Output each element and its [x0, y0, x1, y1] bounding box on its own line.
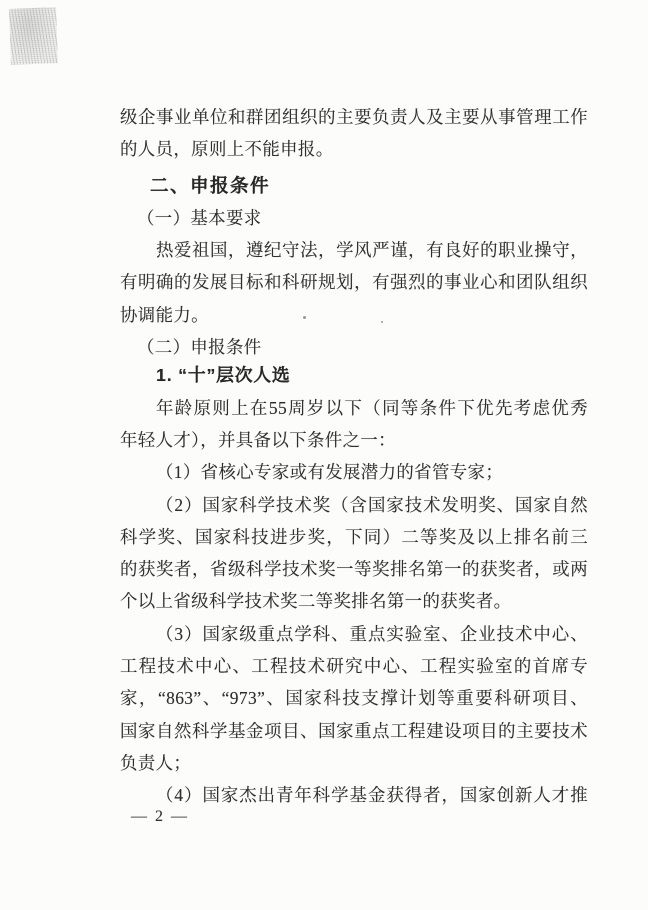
text-line: 协调能力。	[120, 299, 588, 331]
text-line: 有明确的发展目标和科研规划，有强烈的事业心和团队组织	[120, 266, 588, 298]
list-item: （1）省核心专家或有发展潜力的省管专家；	[120, 456, 588, 488]
text-line: 年龄原则上在55周岁以下（同等条件下优先考虑优秀	[120, 392, 588, 424]
document-body: 级企事业单位和群团组织的主要负责人及主要从事管理工作 的人员，原则上不能申报。 …	[120, 101, 588, 812]
section-heading: 二、申报条件	[120, 170, 588, 202]
text-line: 家，“863”、“973”、国家科技支撑计划等重要科研项目、	[120, 682, 588, 714]
text-line: 科学奖、国家科技进步奖，下同）二等奖及以上排名前三	[120, 521, 588, 553]
text-line: 热爱祖国，遵纪守法，学风严谨，有良好的职业操守，	[120, 234, 588, 266]
scan-smudge-artifact	[9, 7, 58, 65]
subsection-heading: （一）基本要求	[120, 202, 588, 234]
text-line: 的获奖者，省级科学技术奖一等奖排名第一的获奖者，或两	[120, 553, 588, 585]
text-line: 国家自然科学基金项目、国家重点工程建设项目的主要技术	[120, 715, 588, 747]
text-line: 的人员，原则上不能申报。	[120, 133, 588, 165]
text-line: 负责人；	[120, 747, 588, 779]
text-line: 工程技术中心、工程技术研究中心、工程实验室的首席专	[120, 650, 588, 682]
text-line: 年轻人才），并具备以下条件之一：	[120, 424, 588, 456]
list-item: （4）国家杰出青年科学基金获得者，国家创新人才推	[120, 779, 588, 811]
list-item: （2）国家科学技术奖（含国家技术发明奖、国家自然	[120, 489, 588, 521]
page-number: — 2 —	[131, 808, 189, 826]
item-heading: 1. “十”层次人选	[120, 359, 588, 391]
scanned-document-page: 级企事业单位和群团组织的主要负责人及主要从事管理工作 的人员，原则上不能申报。 …	[0, 0, 648, 910]
scan-speck	[381, 321, 383, 323]
text-line: 级企事业单位和群团组织的主要负责人及主要从事管理工作	[120, 101, 588, 133]
text-line: 个以上省级科学技术奖二等奖排名第一的获奖者。	[120, 585, 588, 617]
scan-speck	[303, 316, 306, 319]
list-item: （3）国家级重点学科、重点实验室、企业技术中心、	[120, 618, 588, 650]
